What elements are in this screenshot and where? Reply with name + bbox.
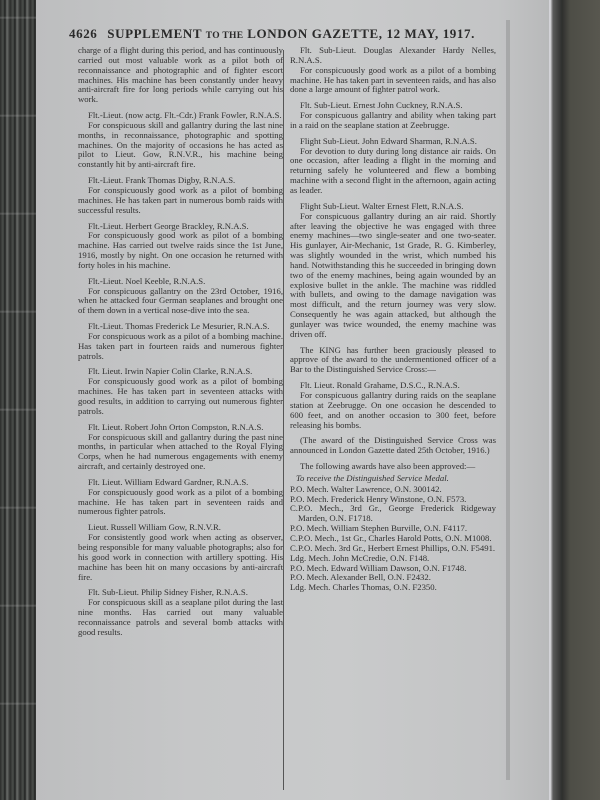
award-entry: Flt.-Lieut. Frank Thomas Digby, R.N.A.S.… bbox=[78, 176, 283, 215]
award-entry: Flight Sub-Lieut. John Edward Sharman, R… bbox=[290, 137, 496, 196]
right-column: Flt. Sub-Lieut. Douglas Alexander Hardy … bbox=[290, 46, 496, 593]
award-entry: Flight Sub-Lieut. Walter Ernest Flett, R… bbox=[290, 202, 496, 340]
citation-text: For conspicuously good work as a pilot o… bbox=[78, 186, 283, 216]
recipient-name: Flt. Sub-Lieut. Douglas Alexander Hardy … bbox=[290, 46, 496, 66]
citation-text: For conspicuous skill and gallantry duri… bbox=[78, 433, 283, 472]
citation-text: For conspicuous skill as a seaplane pilo… bbox=[78, 598, 283, 637]
citation-text: For conspicuously good work as pilot of … bbox=[78, 231, 283, 270]
citation-text: For conspicuous work as a pilot of a bom… bbox=[78, 332, 283, 362]
award-entry: Flt. Lieut. William Edward Gardner, R.N.… bbox=[78, 478, 283, 517]
header-title-gazette: LONDON GAZETTE, 12 MAY, 1917. bbox=[247, 26, 475, 41]
header-title-connector: TO THE bbox=[206, 31, 244, 41]
medal-heading: To receive the Distinguished Service Med… bbox=[290, 474, 496, 484]
header-title-supplement: SUPPLEMENT bbox=[107, 26, 202, 41]
left-column: charge of a flight during this period, a… bbox=[78, 46, 283, 644]
award-entry: Flt.-Lieut. Thomas Frederick Le Mesurier… bbox=[78, 322, 283, 361]
bar-note: (The award of the Distinguished Service … bbox=[290, 436, 496, 456]
continued-citation: charge of a flight during this period, a… bbox=[78, 46, 283, 105]
award-entry: Flt.-Lieut. Noel Keeble, R.N.A.S. For co… bbox=[78, 277, 283, 316]
medal-recipient: C.P.O. Mech., 3rd Gr., George Frederick … bbox=[290, 504, 496, 524]
gazette-page: 4626 SUPPLEMENT TO THE LONDON GAZETTE, 1… bbox=[36, 0, 549, 800]
medal-recipient: Ldg. Mech. Charles Thomas, O.N. F2350. bbox=[290, 583, 496, 593]
citation-text: For conspicuous gallantry and ability wh… bbox=[290, 111, 496, 131]
award-entry: Flt.-Lieut. (now actg. Flt.-Cdr.) Frank … bbox=[78, 111, 283, 170]
scan-binding-lines bbox=[0, 0, 36, 800]
citation-text: For conspicuously good work as a pilot o… bbox=[78, 488, 283, 518]
citation-text: For conspicuous gallantry during raids o… bbox=[290, 391, 496, 430]
award-entry: Flt.-Lieut. Herbert George Brackley, R.N… bbox=[78, 222, 283, 271]
page-number: 4626 bbox=[69, 26, 97, 41]
citation-text: For conspicuous gallantry during an air … bbox=[290, 212, 496, 340]
award-entry: Flt. Sub-Lieut. Ernest John Cuckney, R.N… bbox=[290, 101, 496, 131]
bar-announcement: The KING has further been graciously ple… bbox=[290, 346, 496, 376]
citation-text: For conspicuously good work as a pilot o… bbox=[78, 377, 283, 416]
citation-text: For conspicuous skill and gallantry duri… bbox=[78, 121, 283, 170]
medal-recipient-list: P.O. Mech. Walter Lawrence, O.N. 300142.… bbox=[290, 485, 496, 593]
scan-frame-right bbox=[548, 0, 600, 800]
award-entry: Flt. Sub-Lieut. Philip Sidney Fisher, R.… bbox=[78, 588, 283, 637]
award-entry: Flt. Lieut. Robert John Orton Compston, … bbox=[78, 423, 283, 472]
citation-text: For conspicuously good work as a pilot o… bbox=[290, 66, 496, 96]
awards-intro: The following awards have also been appr… bbox=[290, 462, 496, 472]
award-entry: Lieut. Russell William Gow, R.N.V.R. For… bbox=[78, 523, 283, 582]
citation-text: For devotion to duty during long distanc… bbox=[290, 147, 496, 196]
award-entry: Flt. Lieut. Irwin Napier Colin Clarke, R… bbox=[78, 367, 283, 416]
citation-text: For conspicuous gallantry on the 23rd Oc… bbox=[78, 287, 283, 317]
page-header: 4626 SUPPLEMENT TO THE LONDON GAZETTE, 1… bbox=[69, 26, 499, 42]
award-entry: Flt. Sub-Lieut. Douglas Alexander Hardy … bbox=[290, 46, 496, 95]
column-divider bbox=[283, 50, 284, 790]
bar-award-entry: Flt. Lieut. Ronald Grahame, D.S.C., R.N.… bbox=[290, 381, 496, 430]
citation-text: For consistently good work when acting a… bbox=[78, 533, 283, 582]
